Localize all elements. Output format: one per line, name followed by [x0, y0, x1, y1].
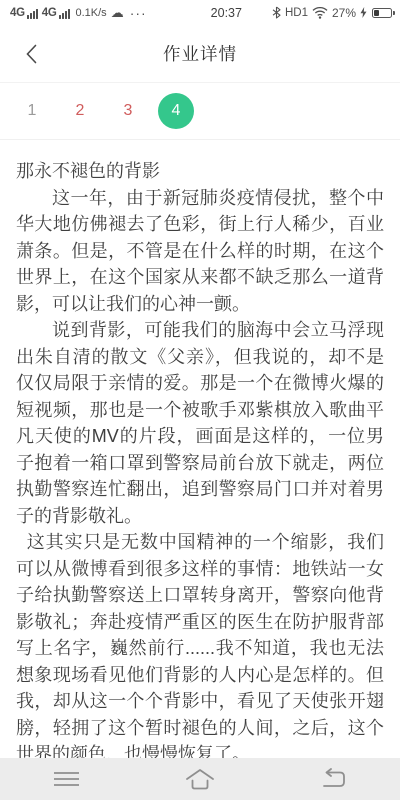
essay-paragraph: 说到背影，可能我们的脑海中会立马浮现出朱自清的散文《父亲》，但我说的，却不是仅仅… [16, 317, 384, 529]
network-type-label: 4G [42, 7, 57, 19]
essay: 那永不褪色的背影 这一年，由于新冠肺炎疫情侵扰，整个中华大地仿佛褪去了色彩，街上… [16, 158, 384, 758]
back-nav-button[interactable] [298, 758, 368, 800]
page-tab-3[interactable]: 3 [110, 93, 146, 129]
charging-bolt-icon [360, 7, 367, 18]
essay-paragraph: 这一年，由于新冠肺炎疫情侵扰，整个中华大地仿佛褪去了色彩，街上行人稀少，百业萧条… [16, 185, 384, 318]
more-notifications-icon: ··· [130, 5, 147, 21]
status-bar: 4G 4G 0.1K/s ☁ ··· 20:37 HD1 [0, 0, 400, 25]
cellular-signal-2: 4G [42, 7, 70, 19]
back-button[interactable] [10, 25, 52, 82]
recents-menu-button[interactable] [32, 758, 102, 800]
menu-icon [53, 770, 80, 788]
signal-bars-icon [27, 9, 38, 19]
chevron-left-icon [26, 44, 37, 64]
network-speed: 0.1K/s [76, 7, 107, 19]
cellular-signal-1: 4G [10, 7, 38, 19]
status-left: 4G 4G 0.1K/s ☁ ··· [10, 5, 147, 21]
page-tab-4-active[interactable]: 4 [158, 93, 194, 129]
essay-paragraph: 这其实只是无数中国精神的一个缩影，我们可以从微博看到很多这样的事情：地铁站一女子… [16, 529, 384, 758]
volte-hd-label: HD1 [285, 7, 308, 19]
battery-icon [372, 8, 392, 18]
bluetooth-icon [272, 6, 281, 19]
signal-bars-icon [59, 9, 70, 19]
essay-title: 那永不褪色的背影 [16, 158, 384, 185]
pagination: 1 2 3 4 [0, 83, 400, 140]
cloud-icon: ☁ [111, 6, 124, 19]
home-icon [184, 767, 216, 791]
battery-percent: 27% [332, 6, 356, 20]
homework-content-scroll-area[interactable]: 那永不褪色的背影 这一年，由于新冠肺炎疫情侵扰，整个中华大地仿佛褪去了色彩，街上… [0, 140, 400, 758]
home-button[interactable] [165, 758, 235, 800]
clock: 20:37 [211, 6, 242, 20]
android-navigation-bar [0, 758, 400, 800]
phone-screen: 4G 4G 0.1K/s ☁ ··· 20:37 HD1 [0, 0, 400, 800]
header: 作业详情 [0, 25, 400, 83]
wifi-icon [312, 7, 328, 19]
page-tab-2[interactable]: 2 [62, 93, 98, 129]
network-type-label: 4G [10, 7, 25, 19]
return-arrow-icon [319, 768, 347, 790]
page-tab-1[interactable]: 1 [14, 93, 50, 129]
page-title: 作业详情 [163, 41, 237, 66]
status-right: HD1 27% [272, 6, 392, 20]
